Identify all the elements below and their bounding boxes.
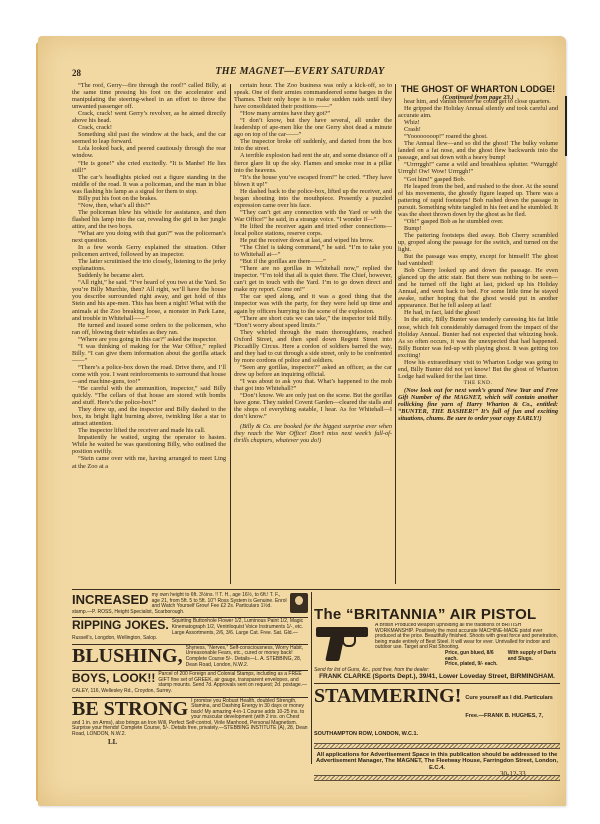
story-paragraph: “All right,” he said. “I’ve heard of you… bbox=[72, 279, 226, 321]
story-paragraph: “The roof, Gerry—fire through the roof!”… bbox=[72, 82, 226, 110]
story-paragraph: The pattering footsteps died away. Bob C… bbox=[398, 232, 558, 253]
story-paragraph: hear him, and vanish before he could get… bbox=[398, 98, 558, 105]
story-title: THE GHOST OF WHARTON LODGE! bbox=[398, 84, 558, 94]
ad-increased: INCREASED my own height to 6ft. 3½ins. !… bbox=[72, 592, 308, 618]
ad-boys-look: BOYS, LOOK!! Parcel of 200 Foreign and C… bbox=[72, 671, 308, 697]
column-divider bbox=[395, 84, 396, 584]
issue-date: 30-12-33 bbox=[500, 770, 526, 778]
story-paragraph: Crack, crack! bbox=[72, 124, 226, 131]
story-paragraph: Suddenly he became alert. bbox=[72, 272, 226, 279]
story-paragraph: He gripped the Holiday Annual silently a… bbox=[398, 105, 558, 119]
story-paragraph: He had, in fact, laid the ghost! bbox=[398, 309, 558, 316]
story-paragraph: “I don’t know, but they have several, al… bbox=[234, 117, 392, 138]
story-paragraph: “They can’t get any connection with the … bbox=[234, 209, 392, 223]
ad-body: Shyness, “Nerves,” Self-consciousness, W… bbox=[186, 645, 303, 668]
story-paragraph: “Got him!” gasped Bob. bbox=[398, 176, 558, 183]
ad-be-strong: BE STRONG I promise you Robust Health, d… bbox=[72, 698, 308, 740]
story-paragraph: “Oh!” gasped Bob as he stumbled over. bbox=[398, 218, 558, 225]
story-paragraph: “Be careful with the ammunition, inspect… bbox=[72, 385, 226, 406]
story-paragraph: “Urrrrggh!” came a wild and breathless s… bbox=[398, 161, 558, 175]
ad-stammering: STAMMERING! Cure yourself as I did. Part… bbox=[314, 683, 560, 740]
story-paragraph: Something slid past the window at the ba… bbox=[72, 131, 226, 145]
story-paragraph: Billy put his foot on the brakes. bbox=[72, 195, 226, 202]
story-column-3: hear him, and vanish before he could get… bbox=[398, 98, 558, 584]
story-paragraph: The car’s headlights picked out a figure… bbox=[72, 174, 226, 195]
ad-headline: BLUSHING, bbox=[72, 646, 183, 666]
next-week-note: (Billy & Co. are booked for the biggest … bbox=[234, 423, 392, 444]
advertisement-notice: All applications for Advertisement Space… bbox=[314, 752, 560, 772]
story-paragraph: “Where are you going in this car?” asked… bbox=[72, 336, 226, 343]
price-plated: Price, plated, 9/- each. bbox=[445, 662, 500, 668]
story-paragraph: “He is gone!” she cried excitedly. “It i… bbox=[72, 160, 226, 174]
column-divider bbox=[230, 84, 231, 584]
dealer-address: FRANK CLARKE (Sports Dept.), 39/41, Lowe… bbox=[314, 673, 560, 681]
story-paragraph: A terrible explosion had rent the air, a… bbox=[234, 152, 392, 173]
story-paragraph: “Don’t know. We are only just on the sce… bbox=[234, 392, 392, 420]
story-paragraph: “There are no gorillas in Whitehall now,… bbox=[234, 265, 392, 293]
story-paragraph: “There’s a police-box down the road. Dri… bbox=[72, 364, 226, 385]
story-paragraph: He leaped from the bed, and rushed to th… bbox=[398, 183, 558, 218]
story-paragraph: He dashed back to the police-box, lifted… bbox=[234, 188, 392, 209]
story-paragraph: The car sped along, and it was a good th… bbox=[234, 293, 392, 314]
story-paragraph: “But if the gorillas are there——” bbox=[234, 258, 392, 265]
ad-divider bbox=[311, 592, 312, 764]
story-paragraph: “I was thinking of making for the War Of… bbox=[72, 343, 226, 364]
ad-headline: RIPPING JOKES. bbox=[72, 619, 169, 631]
story-paragraph: “The Chief is taking command,” he said. … bbox=[234, 244, 392, 258]
story-column-2: certain hour. The Zoo business was only … bbox=[234, 82, 392, 582]
ad-headline: BE STRONG bbox=[72, 699, 188, 719]
story-paragraph: “Yoooooooop!” roared the ghost. bbox=[398, 133, 558, 140]
classified-ads-right: The “BRITANNIA” AIR PISTOL A British Pro… bbox=[314, 606, 560, 784]
story-paragraph: In a few words Gerry explained the situa… bbox=[72, 244, 226, 258]
story-paragraph: Crash! bbox=[398, 126, 558, 133]
story-paragraph: He put the receiver down at last, and wi… bbox=[234, 237, 392, 244]
magazine-title: THE MAGNET—EVERY SATURDAY bbox=[0, 66, 600, 77]
story-paragraph: They drew up, and the inspector and Bill… bbox=[72, 406, 226, 427]
ad-headline: BOYS, LOOK!! bbox=[72, 672, 155, 684]
story-paragraph: He lifted the receiver again and tried o… bbox=[234, 223, 392, 237]
story-paragraph: The policeman blew his whistle for assis… bbox=[72, 209, 226, 230]
story-paragraph: They whirled through the main thoroughfa… bbox=[234, 329, 392, 364]
portrait-image bbox=[290, 593, 308, 613]
story-paragraph: “I was about to ask you that. What’s hap… bbox=[234, 378, 392, 392]
story-paragraph: Bob Cherry looked up and down the passag… bbox=[398, 267, 558, 309]
ad-section-rule bbox=[72, 589, 560, 590]
next-issue-announcement: (Now look out for next week’s grand New … bbox=[398, 387, 558, 422]
price-note: With supply of Darts and Slugs. bbox=[508, 651, 560, 668]
story-column-1: “The roof, Gerry—fire through the roof!”… bbox=[72, 82, 226, 587]
the-end: THE END. bbox=[398, 380, 558, 387]
story-paragraph: Crack, crack! went Gerry’s revolver, as … bbox=[72, 110, 226, 124]
story-paragraph: “There are short cuts we can take,” the … bbox=[234, 315, 392, 329]
story-paragraph: “Seen any gorillas, inspector?” asked an… bbox=[234, 364, 392, 378]
classified-ads-left: INCREASED my own height to 6ft. 3½ins. !… bbox=[72, 592, 308, 740]
story-paragraph: Impatiently he waited, urging the operat… bbox=[72, 434, 226, 455]
ad-britannia-headline: The “BRITANNIA” AIR PISTOL bbox=[314, 606, 560, 623]
ad-headline: INCREASED bbox=[72, 593, 149, 606]
story-paragraph: “Stein came over with me, having arrange… bbox=[72, 455, 226, 469]
printer-mark: LL bbox=[108, 738, 117, 746]
ad-britannia: A British Produced weapon upholding all … bbox=[314, 623, 560, 673]
ad-headline: STAMMERING! bbox=[314, 686, 461, 706]
ad-ripping-jokes: RIPPING JOKES. Squirting Buttonhole Flow… bbox=[72, 618, 308, 644]
story-paragraph: Whiz! bbox=[398, 119, 558, 126]
story-paragraph: The inspector broke off suddenly, and da… bbox=[234, 138, 392, 152]
story-paragraph: “What are you doing with that gun?” was … bbox=[72, 230, 226, 244]
story-paragraph: But the passage was empty, except for hi… bbox=[398, 253, 558, 267]
decorative-rule bbox=[314, 743, 560, 749]
story-paragraph: Lola looked back, and peered cautiously … bbox=[72, 145, 226, 159]
air-pistol-icon bbox=[314, 623, 372, 663]
story-paragraph: The latter scrutinised the trio closely,… bbox=[72, 258, 226, 272]
story-paragraph: “How many armies have they got?” bbox=[234, 110, 392, 117]
story-paragraph: “Now, then, what’s all this?” bbox=[72, 202, 226, 209]
story-paragraph: “It’s the house you’ve escaped from!” he… bbox=[234, 174, 392, 188]
story-paragraph: The inspector lifted the receiver and ma… bbox=[72, 427, 226, 434]
page-edge-mark bbox=[565, 96, 567, 156]
story-paragraph: In the attic, Billy Bunter was tenderly … bbox=[398, 316, 558, 358]
story-paragraph: certain hour. The Zoo business was only … bbox=[234, 82, 392, 110]
ad-blushing: BLUSHING, Shyness, “Nerves,” Self-consci… bbox=[72, 645, 308, 671]
story-paragraph: The Annual flew—and so did the ghost! Th… bbox=[398, 140, 558, 161]
story-paragraph: He turned and issued some orders to the … bbox=[72, 322, 226, 336]
story-paragraph: Bump! bbox=[398, 225, 558, 232]
story-paragraph: How his extraordinary visit to Wharton L… bbox=[398, 359, 558, 380]
